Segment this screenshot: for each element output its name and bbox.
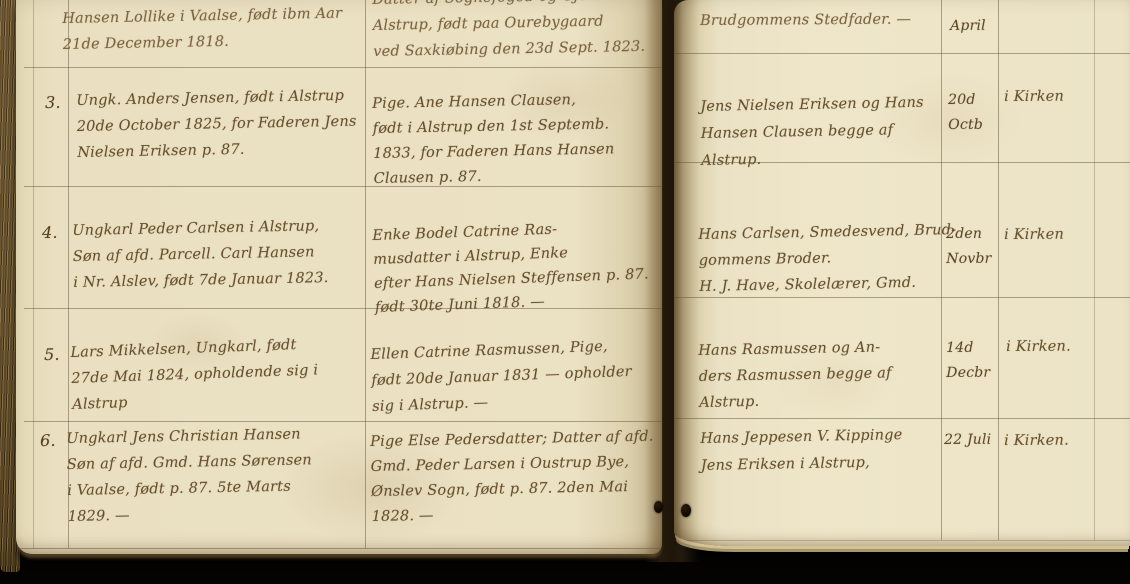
parish-register-photo: Hansen Lollike i Vaalse, født ibm Aar 21… — [0, 0, 1130, 584]
ruled-line — [1094, 0, 1095, 540]
entry-6-place: i Kirken. — [1004, 427, 1094, 454]
entry-3-witnesses-text: Jens Nielsen Eriksen og Hans Hansen Clau… — [700, 89, 954, 175]
entry-3-place: i Kirken — [1004, 83, 1094, 110]
entry-4-bride-text: Enke Bodel Catrine Ras- musdatter i Alst… — [372, 214, 662, 320]
entry-4-date: 2den Novbr — [946, 222, 998, 272]
entry-5-groom-text: Lars Mikkelsen, Ungkarl, født 27de Mai 1… — [70, 329, 378, 418]
ruled-line — [674, 53, 1130, 54]
entry-4-place: i Kirken — [1004, 221, 1094, 248]
entry-4-number: 4. — [42, 220, 58, 246]
ruled-line — [20, 548, 662, 549]
entry-6-groom-text: Ungkarl Jens Christian Hansen Søn af afd… — [66, 420, 368, 530]
entry-prev-date: April — [950, 14, 996, 39]
ink-spot — [654, 501, 663, 513]
entry-4-groom-text: Ungkarl Peder Carlsen i Alstrup, Søn af … — [72, 212, 373, 296]
entry-3-number: 3. — [45, 90, 61, 116]
entry-6-witnesses-text: Hans Jeppesen V. Kippinge Jens Eriksen i… — [700, 421, 973, 480]
entry-5-witnesses-text: Hans Rasmussen og An- ders Rasmussen beg… — [698, 333, 957, 416]
entry-3-groom-text: Ungk. Anders Jensen, født i Alstrup 20de… — [76, 82, 372, 166]
entry-prev-witnesses-text: Brudgommens Stedfader. — — [700, 6, 940, 34]
entry-5-number: 5. — [44, 342, 60, 368]
left-page: Hansen Lollike i Vaalse, født ibm Aar 21… — [16, 0, 662, 554]
entry-5-bride-text: Ellen Catrine Rasmussen, Pige, født 20de… — [370, 331, 662, 420]
right-page: Brudgommens Stedfader. — April Jens Niel… — [674, 0, 1130, 546]
ruled-line — [24, 67, 662, 68]
entry-prev-groom-text: Hansen Lollike i Vaalse, født ibm Aar 21… — [62, 0, 371, 58]
ink-spot — [681, 504, 691, 517]
entry-3-bride-text: Pige. Ane Hansen Clausen, født i Alstrup… — [372, 86, 662, 192]
entry-prev-bride-text: Datter af Sognefoged og Gjordemoder i Al… — [372, 0, 662, 65]
ruled-line — [33, 0, 34, 548]
entry-5-place: i Kirken. — [1006, 333, 1096, 360]
entry-6-number: 6. — [40, 428, 56, 454]
ruled-line — [674, 540, 1130, 541]
ruled-line — [674, 418, 1130, 419]
entry-3-date: 20d Octb — [948, 88, 996, 138]
entry-6-bride-text: Pige Else Pedersdatter; Datter af afd. G… — [370, 424, 662, 530]
entry-5-date: 14d Decbr — [946, 336, 998, 386]
entry-4-witnesses-text: Hans Carlsen, Smedesvend, Brud- gommens … — [698, 217, 961, 300]
